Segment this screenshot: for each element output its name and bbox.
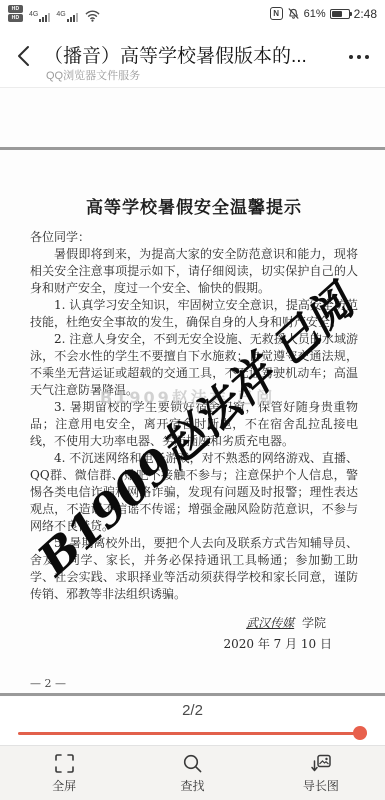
signal-sim1: 4G <box>29 11 50 22</box>
more-icon <box>349 55 353 59</box>
wifi-icon <box>85 10 100 22</box>
fullscreen-button[interactable]: 全屏 <box>0 746 128 800</box>
slider-track[interactable] <box>18 732 367 735</box>
document-date: 2020 年 7 月 10 日 <box>30 636 358 653</box>
signature-line: 武汉传媒 学院 <box>30 615 358 632</box>
page-number-footer: — 2 — <box>30 675 358 692</box>
long-image-icon <box>310 752 332 774</box>
chevron-left-icon <box>17 45 30 67</box>
find-button[interactable]: 查找 <box>128 746 256 800</box>
search-icon <box>182 752 203 774</box>
slider-handle[interactable] <box>353 726 367 740</box>
signal-bars-icon <box>67 13 78 22</box>
back-button[interactable] <box>10 41 36 71</box>
export-long-image-button[interactable]: 导长图 <box>257 746 385 800</box>
salutation: 各位同学： <box>30 229 358 246</box>
mute-icon <box>287 7 300 20</box>
signature-suffix: 学院 <box>302 616 326 630</box>
page-indicator: 2/2 <box>0 702 385 719</box>
page-divider-bottom <box>0 693 385 696</box>
reading-progress-slider[interactable] <box>18 726 367 740</box>
document-viewer: 高等学校暑假安全温馨提示 各位同学： 暑假即将到来，为提高大家的安全防范意识和能… <box>0 88 385 697</box>
clock: 2:48 <box>354 7 377 21</box>
fullscreen-label: 全屏 <box>52 777 76 794</box>
hd-badge-sim1: HD <box>8 5 23 13</box>
signal-sim2: 4G <box>56 11 77 22</box>
battery-percent: 61% <box>304 8 326 20</box>
export-long-image-label: 导长图 <box>303 777 339 794</box>
battery-icon <box>330 9 350 19</box>
pager-strip: 2/2 <box>0 697 385 745</box>
nfc-icon: N <box>270 7 283 20</box>
hd-badge-sim2: HD <box>8 14 23 22</box>
more-menu-button[interactable] <box>347 49 371 65</box>
file-service-subtitle: QQ浏览器文件服务 <box>46 67 140 83</box>
phone-screen: HD HD 4G 4G N <box>0 0 385 800</box>
signature-name: 武汉传媒 <box>242 616 298 630</box>
page-title: （播音）高等学校暑假版本的... <box>44 41 314 68</box>
status-bar: HD HD 4G 4G N <box>0 0 385 25</box>
fullscreen-icon <box>54 752 75 774</box>
document-title: 高等学校暑假安全温馨提示 <box>30 200 358 217</box>
volte-hd-badges: HD HD <box>8 5 23 22</box>
app-header: （播音）高等学校暑假版本的... QQ浏览器文件服务 <box>0 25 385 88</box>
signal-bars-icon <box>39 13 50 22</box>
bottom-toolbar: 全屏 查找 导长图 <box>0 745 385 800</box>
find-label: 查找 <box>180 777 204 794</box>
